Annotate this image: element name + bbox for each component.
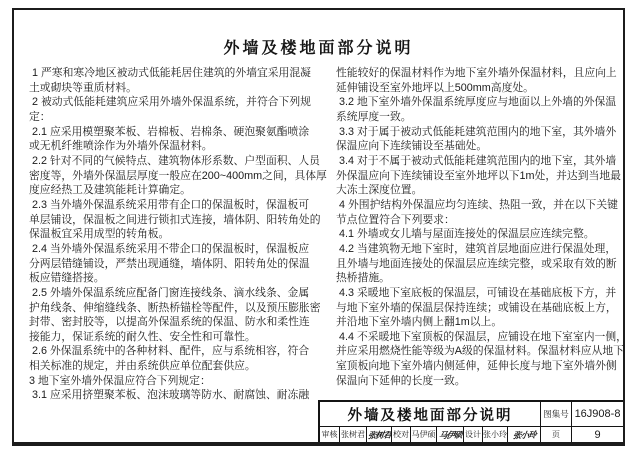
design-signature-text: 张小玲 bbox=[512, 428, 536, 441]
text-line: 节点位置符合下列要求： bbox=[336, 213, 625, 228]
text-line: 护角线条、伸缩缝线条、断热桥锚栓等配件，以及预压膨胀密 bbox=[29, 301, 322, 316]
text-line: 定： bbox=[29, 110, 322, 125]
text-line: 4 外围护结构外保温应均匀连续、热阻一致，并在以下关键 bbox=[336, 198, 625, 213]
page-title: 外墙及楼地面部分说明 bbox=[14, 10, 623, 58]
text-line: 并沿地下室外墙内侧上翻1m以上。 bbox=[336, 315, 625, 330]
text-line: 1 严寒和寒冷地区被动式低能耗居住建筑的外墙宜采用混凝 bbox=[29, 66, 322, 81]
text-line: 分两层错缝铺设，严禁出现通缝，墙体阴、阳转角处的保温 bbox=[29, 257, 322, 272]
text-line: 相关标准的规定，并由系统供应单位配套供应。 bbox=[29, 359, 322, 374]
design-name: 张小玲 bbox=[482, 427, 507, 442]
text-line: 3.2 地下室外墙外保温系统厚度应与地面以上外墙的外保温 bbox=[336, 95, 625, 110]
text-line: 或无机纤维喷涂作为外墙外保温材料。 bbox=[29, 139, 322, 154]
text-line: 2.3 当外墙外保温系统采用带有企口的保温板时，保温板可 bbox=[29, 198, 322, 213]
text-line: 2 被动式低能耗建筑应采用外墙外保温系统，并符合下列规 bbox=[29, 95, 322, 110]
text-line: 系统厚度一致。 bbox=[336, 110, 625, 125]
atlas-number-label: 图集号 bbox=[540, 402, 571, 426]
title-block: 外墙及楼地面部分说明 图集号 16J908-8 审核 张树君 张树君 校对 马伊… bbox=[318, 400, 623, 442]
text-line: 2.5 外墙外保温系统应配备门窗连接线条、滴水线条、金属 bbox=[29, 286, 322, 301]
text-line: 保温向下延伸的长度一致。 bbox=[336, 374, 625, 389]
title-block-row-top: 外墙及楼地面部分说明 图集号 16J908-8 bbox=[320, 402, 623, 426]
text-line: 3 地下室外墙外保温应符合下列规定： bbox=[29, 374, 322, 389]
text-line: 土或砌块等重质材料。 bbox=[29, 81, 322, 96]
text-line: 大冻土深度位置。 bbox=[336, 183, 625, 198]
text-line: 2.4 当外墙外保温系统采用不带企口的保温板时，保温板应 bbox=[29, 242, 322, 257]
right-text-column: 性能较好的保温材料作为地下室外墙外保温材料，且应向上延伸铺设至室外地坪以上500… bbox=[336, 66, 625, 403]
design-label: 设计 bbox=[463, 427, 482, 442]
text-line: 保温应向下连续铺设至基础处。 bbox=[336, 139, 625, 154]
proof-signature: 马伊硕 bbox=[436, 427, 463, 442]
text-line: 2.2 针对不同的气候特点、建筑物体形系数、户型面积、人员 bbox=[29, 154, 322, 169]
text-line: 接能力，保证系统的耐久性、安全性和可靠性。 bbox=[29, 330, 322, 345]
text-line: 且外墙与地面连接处的保温层应连续完整，或采取有效的断 bbox=[336, 257, 625, 272]
text-line: 4.2 当建筑物无地下室时，建筑首层地面应进行保温处理， bbox=[336, 242, 625, 257]
text-line: 与地下室外墙的保温层保持连续；或铺设在基础底板上方， bbox=[336, 301, 625, 316]
text-line: 封带、密封胶等，以提高外保温系统的保温、防水和柔性连 bbox=[29, 315, 322, 330]
atlas-number-value: 16J908-8 bbox=[571, 402, 623, 426]
text-columns: 1 严寒和寒冷地区被动式低能耗居住建筑的外墙宜采用混凝土或砌块等重质材料。 2 … bbox=[14, 58, 623, 403]
text-line: 延伸铺设至室外地坪以上500mm高度处。 bbox=[336, 81, 625, 96]
text-line: 3.1 应采用挤塑聚苯板、泡沫玻璃等防水、耐腐蚀、耐冻融 bbox=[29, 388, 322, 403]
proof-name: 马伊硕 bbox=[410, 427, 436, 442]
proof-label: 校对 bbox=[391, 427, 410, 442]
audit-name: 张树君 bbox=[339, 427, 366, 442]
page-frame: 外墙及楼地面部分说明 1 严寒和寒冷地区被动式低能耗居住建筑的外墙宜采用混凝土或… bbox=[12, 8, 625, 446]
text-line: 保温板宜采用成型的转角板。 bbox=[29, 227, 322, 242]
text-line: 单层铺设，保温板之间进行锁扣式连接，墙体阴、阳转角处的 bbox=[29, 213, 322, 228]
text-line: 3.4 对于不属于被动式低能耗建筑范围内的地下室，其外墙 bbox=[336, 154, 625, 169]
text-line: 密度等，外墙外保温层厚度一般应在200~400mm之间，具体厚 bbox=[29, 169, 322, 184]
text-line: 板应错缝搭接。 bbox=[29, 271, 322, 286]
text-line: 性能较好的保温材料作为地下室外墙外保温材料，且应向上 bbox=[336, 66, 625, 81]
page-label: 页 bbox=[540, 427, 571, 442]
text-line: 度应经热工及建筑能耗计算确定。 bbox=[29, 183, 322, 198]
drawing-title: 外墙及楼地面部分说明 bbox=[320, 402, 540, 426]
text-line: 并应采用燃烧性能等级为A级的保温材料。保温材料应从地下 bbox=[336, 344, 625, 359]
text-line: 4.1 外墙或女儿墙与屋面连接处的保温层应连续完整。 bbox=[336, 227, 625, 242]
proof-signature-text: 马伊硕 bbox=[438, 428, 462, 441]
page-number: 9 bbox=[571, 427, 623, 442]
design-signature: 张小玲 bbox=[507, 427, 540, 442]
text-line: 外保温应向下连续铺设至室外地坪以下1m处，并达到当地最 bbox=[336, 169, 625, 184]
text-line: 2.1 应采用模塑聚苯板、岩棉板、岩棉条、硬泡聚氨酯喷涂 bbox=[29, 125, 322, 140]
text-line: 2.6 外保温系统中的各种材料、配件，应与系统相容，符合 bbox=[29, 344, 322, 359]
audit-signature: 张树君 bbox=[366, 427, 391, 442]
audit-signature-text: 张树君 bbox=[367, 428, 391, 441]
text-line: 3.3 对于属于被动式低能耗建筑范围内的地下室，其外墙外 bbox=[336, 125, 625, 140]
title-block-row-bottom: 审核 张树君 张树君 校对 马伊硕 马伊硕 设计 张小玲 张小玲 页 9 bbox=[320, 426, 623, 442]
text-line: 4.4 不采暖地下室顶板的保温层，应铺设在地下室室内一侧， bbox=[336, 330, 625, 345]
left-text-column: 1 严寒和寒冷地区被动式低能耗居住建筑的外墙宜采用混凝土或砌块等重质材料。 2 … bbox=[29, 66, 322, 403]
audit-label: 审核 bbox=[320, 427, 339, 442]
text-line: 室顶板向地下室外墙内侧延伸，延伸长度与地下室外墙外侧 bbox=[336, 359, 625, 374]
text-line: 4.3 采暖地下室底板的保温层，可铺设在基础底板下方，并 bbox=[336, 286, 625, 301]
text-line: 热桥措施。 bbox=[336, 271, 625, 286]
